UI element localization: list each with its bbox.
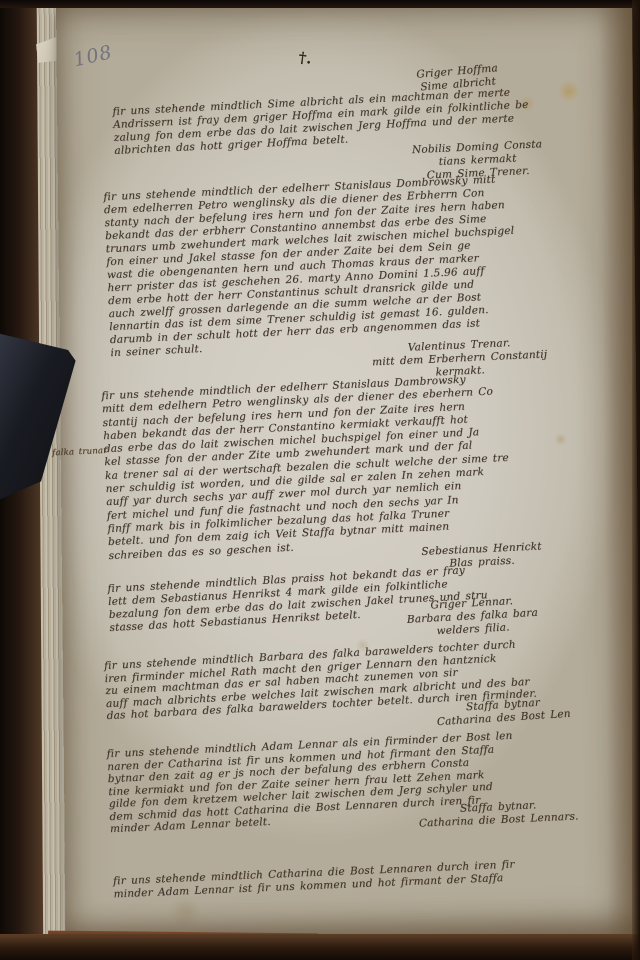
photo-top-edge xyxy=(0,0,640,8)
folio-number: 108 xyxy=(72,43,114,70)
entry-7-body: fir uns stehende mindtlich Catharina die… xyxy=(113,859,516,902)
manuscript-photo: 108 †. Griger Hoffma Sime albricht fir u… xyxy=(0,0,640,960)
entry-2-body: fir uns stehende mindtlich der edelherr … xyxy=(103,173,519,360)
entry-3-body: fir uns stehende mindtlich der edelherr … xyxy=(101,372,513,563)
table-bottom-edge xyxy=(0,934,640,960)
photo-right-edge xyxy=(632,0,640,960)
cross-mark: †. xyxy=(298,50,313,67)
manuscript-page: 108 †. Griger Hoffma Sime albricht fir u… xyxy=(56,2,640,942)
